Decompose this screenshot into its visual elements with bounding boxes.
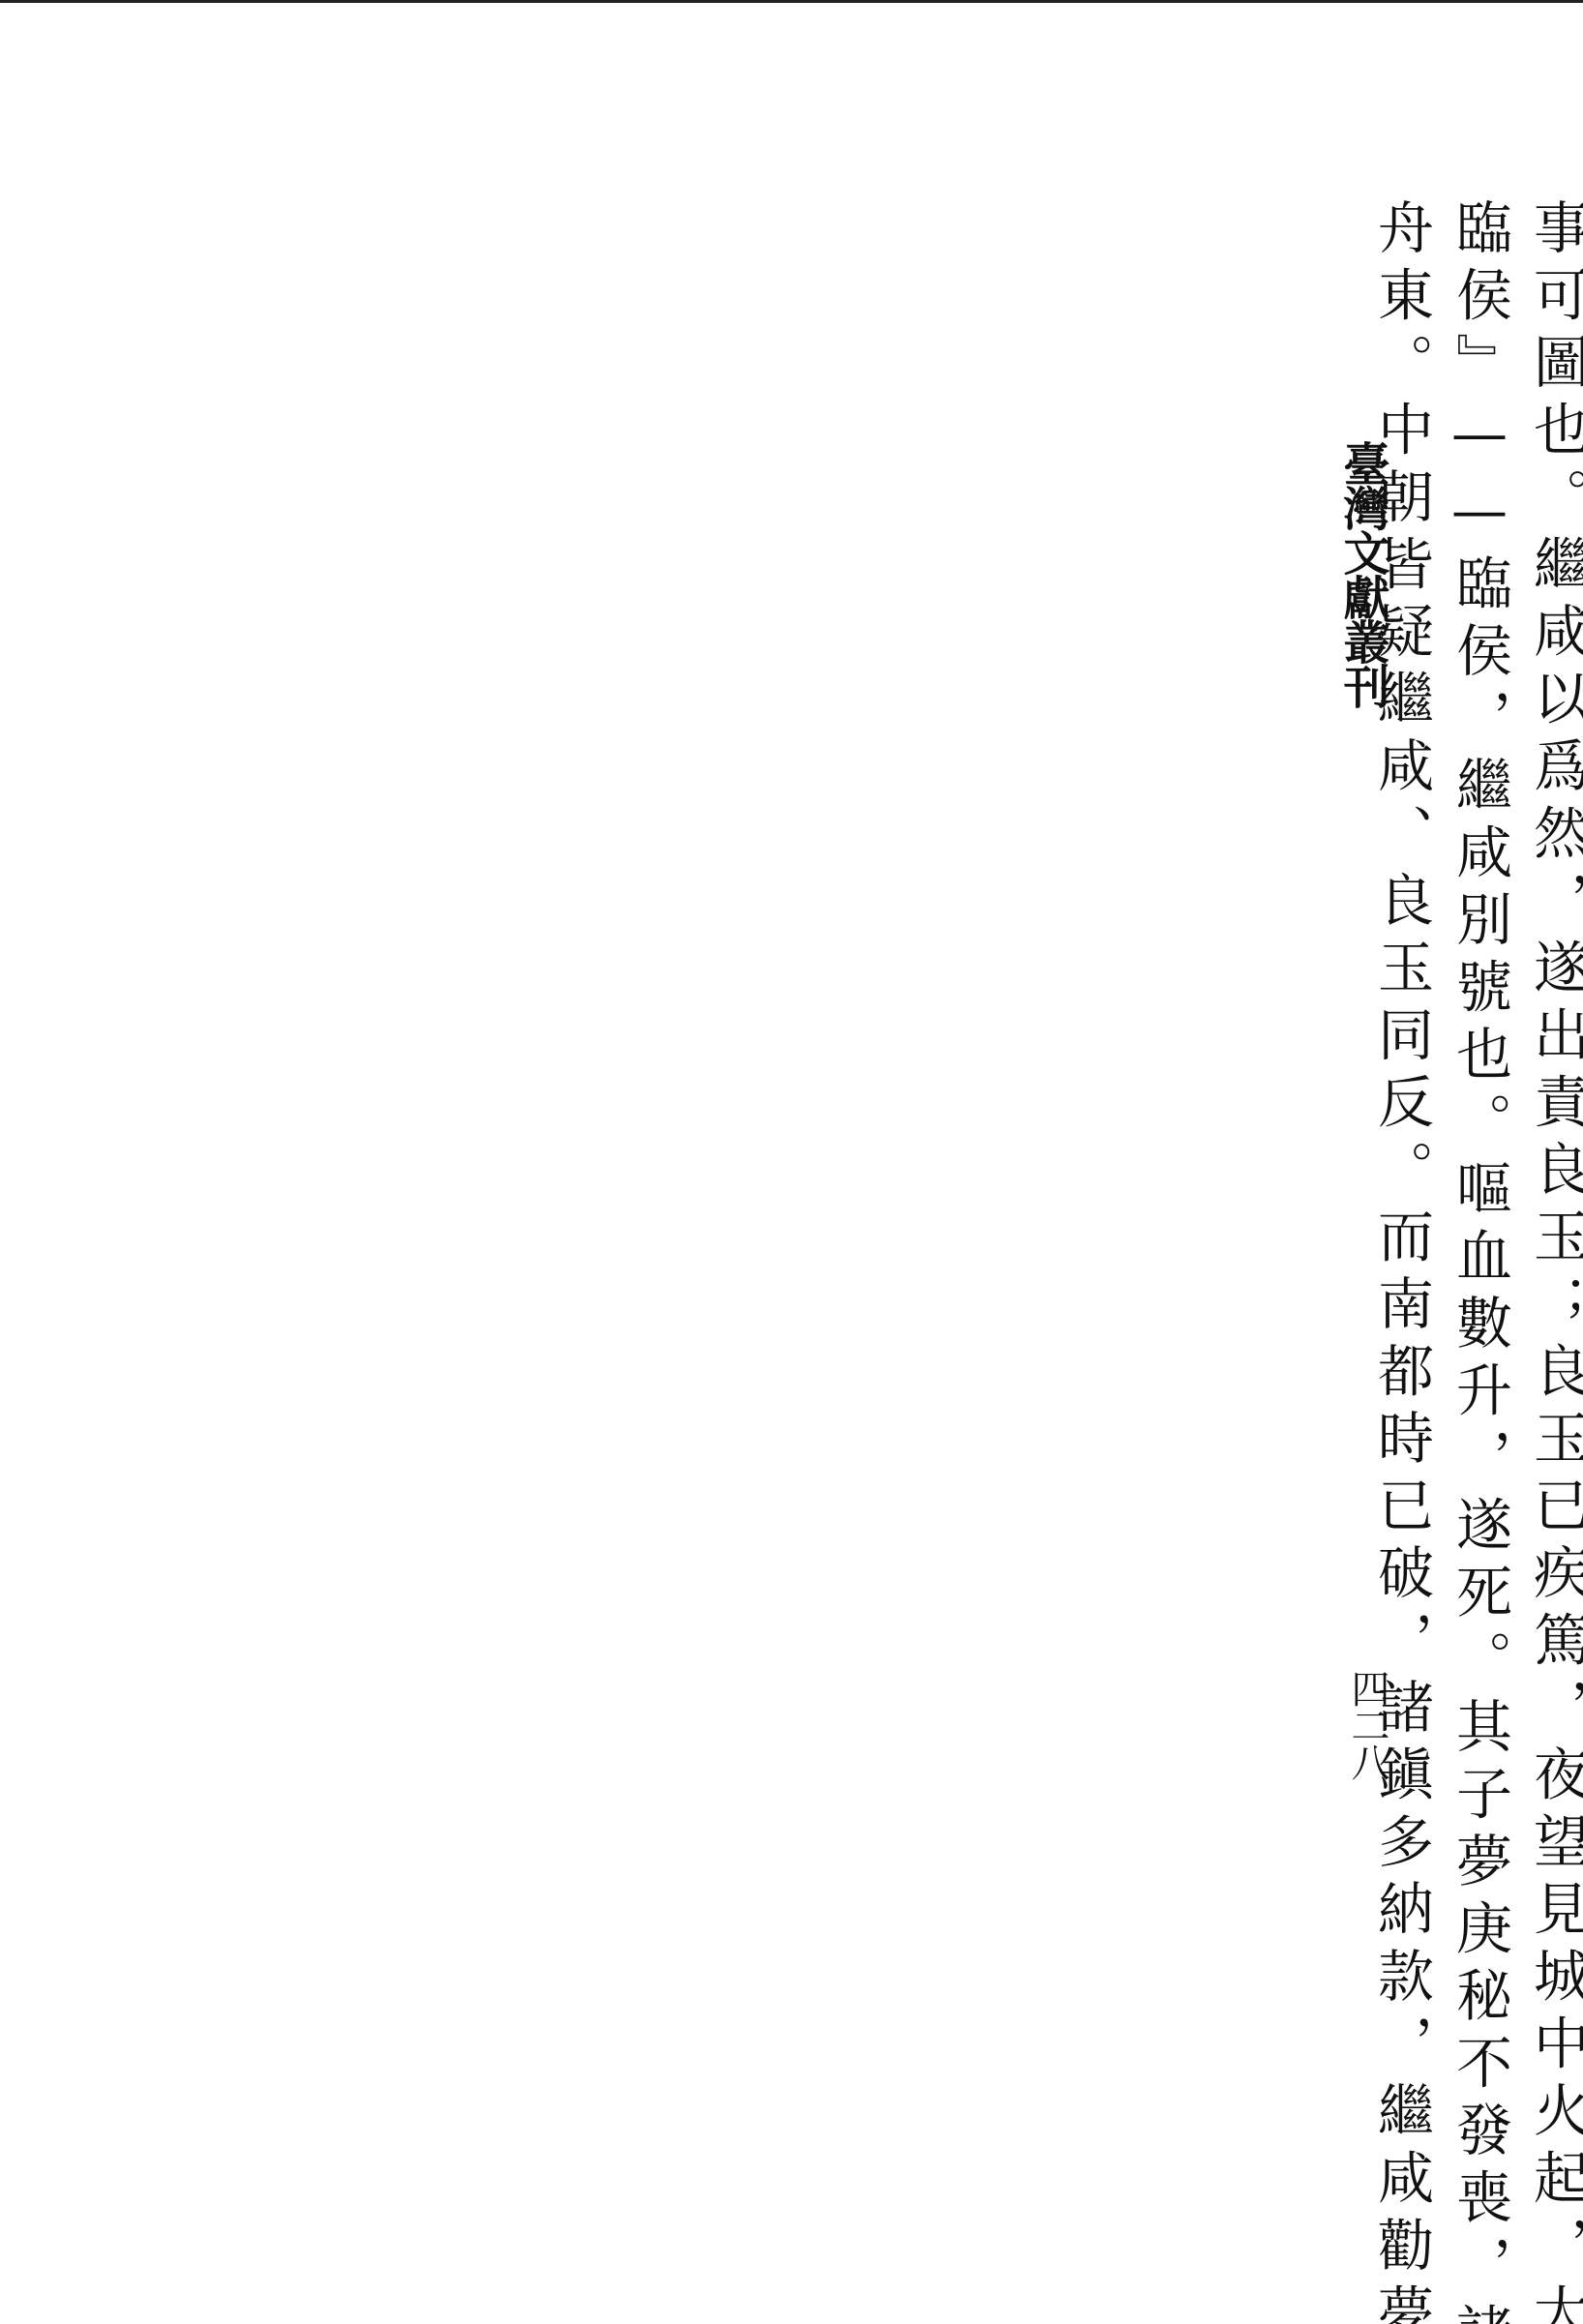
scan-top-edge xyxy=(0,0,1583,3)
text-column-14: 事可圖也。繼咸以爲然，遂出責良玉；良玉已疾篤，夜望見城中火起，大哭曰：『予負 xyxy=(1523,198,1583,2182)
text-column-15: 臨侯』——臨侯，繼咸別號也。嘔血數升，遂死。其子夢庚秘不發喪，諸將推爲帥；移 xyxy=(1446,198,1513,2182)
text-column-16: 舟東。中朝皆疑繼咸、良玉同反。而南都時已破，諸鎭多納款，繼咸勸夢庚旋師，不聽 xyxy=(1367,198,1435,2182)
